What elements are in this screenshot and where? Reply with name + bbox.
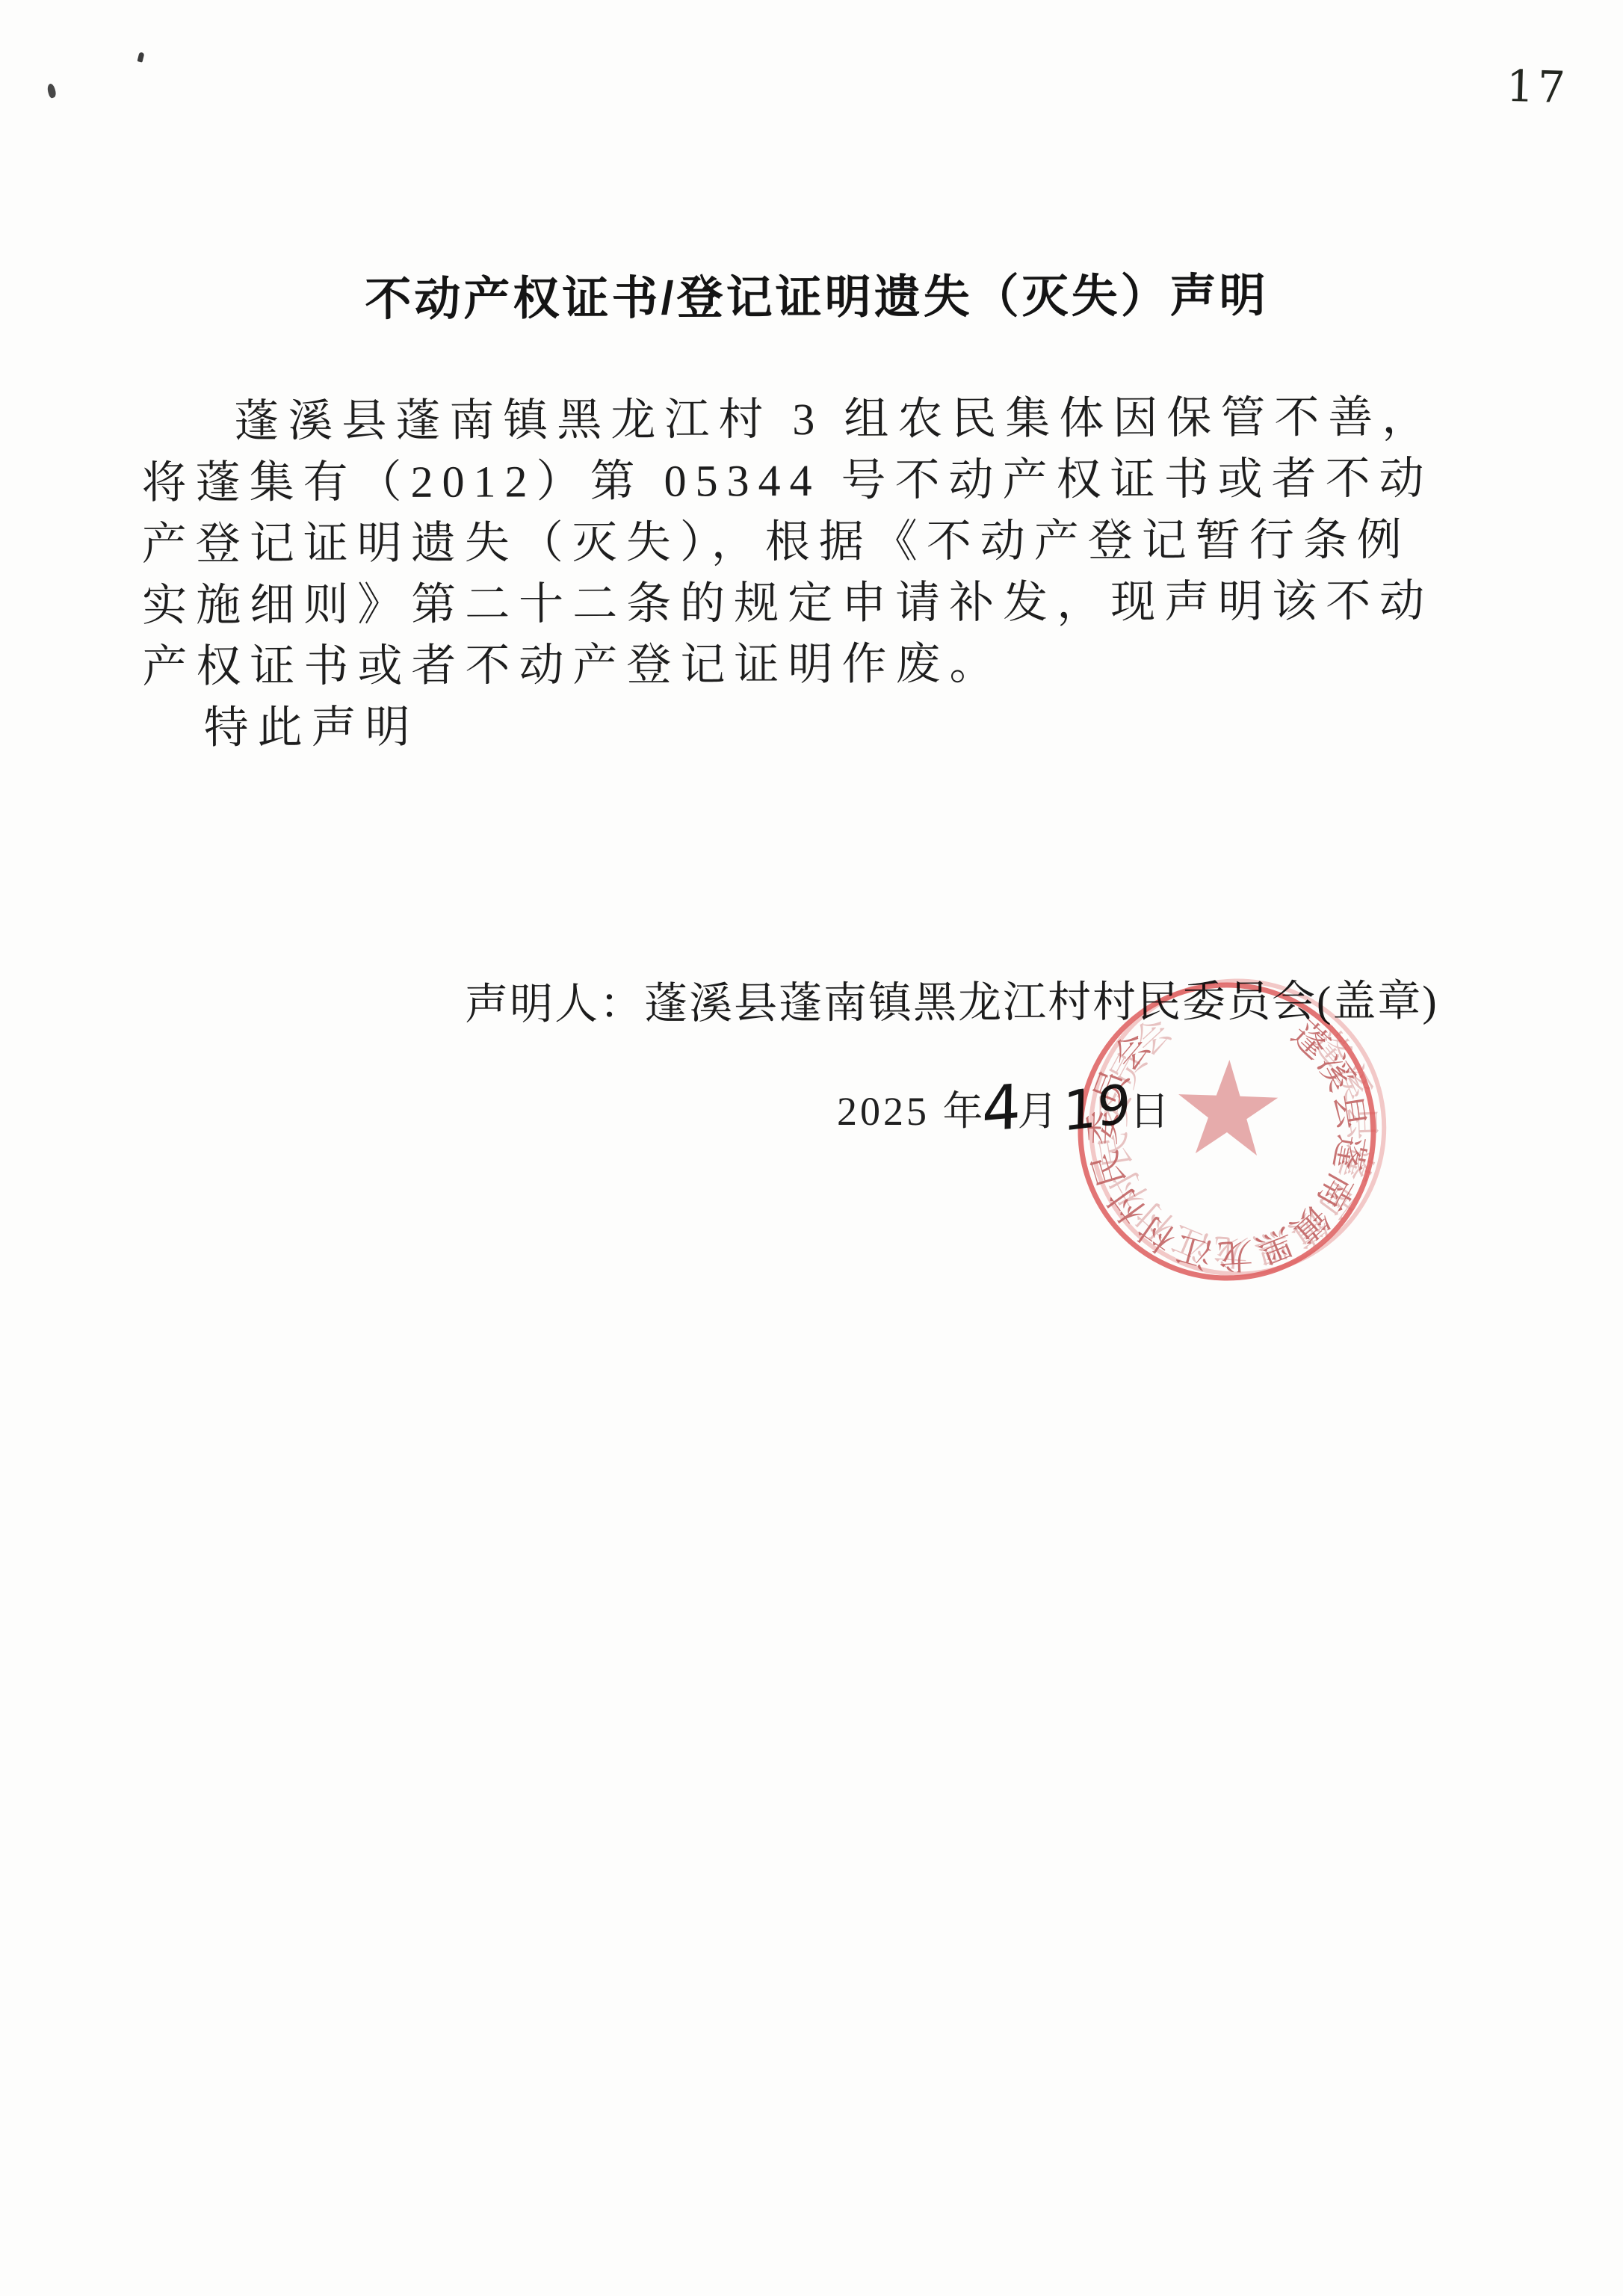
date-month-handwritten: 4	[981, 1071, 1021, 1146]
body-line: 将蓬集有（2012）第 05344 号不动产权证书或者不动	[141, 448, 1486, 513]
scan-speck-mark	[137, 52, 145, 62]
declaration-body: 蓬溪县蓬南镇黑龙江村 3 组农民集体因保管不善， 将蓬集有（2012）第 053…	[141, 386, 1488, 759]
date-year: 2025 年	[837, 1089, 986, 1134]
scanned-document-page: 17 不动产权证书/登记证明遗失（灭失）声明 蓬溪县蓬南镇黑龙江村 3 组农民集…	[0, 0, 1623, 2296]
document-title: 不动产权证书/登记证明遗失（灭失）声明	[0, 256, 1623, 330]
scan-speck-mark	[46, 83, 57, 99]
body-line: 产登记证明遗失（灭失），根据《不动产登记暂行条例	[142, 509, 1487, 575]
date-month-label: 月	[1018, 1089, 1061, 1134]
body-closing-line: 特此声明	[143, 693, 1488, 759]
body-line: 蓬溪县蓬南镇黑龙江村 3 组农民集体因保管不善，	[141, 386, 1486, 452]
page-number: 17	[1506, 61, 1570, 113]
body-line: 产权证书或者不动产登记证明作废。	[142, 632, 1487, 697]
official-seal-stamp: 蓬溪县蓬南镇黑龙江村村民委员会 蓬溪县蓬南镇黑龙江村村民委员会	[1062, 966, 1393, 1297]
body-line: 实施细则》第二十二条的规定申请补发，现声明该不动	[142, 570, 1487, 636]
seal-star-icon	[1176, 1058, 1279, 1156]
